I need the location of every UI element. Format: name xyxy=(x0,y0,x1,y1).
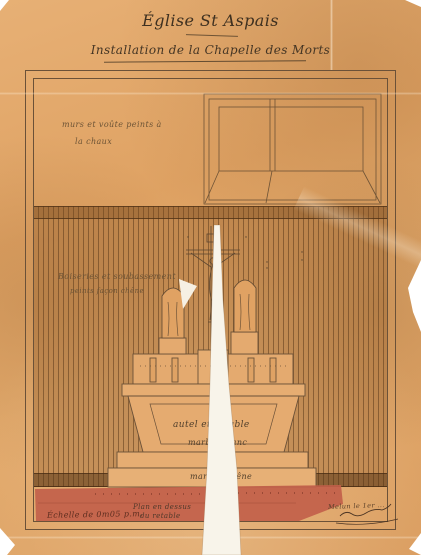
top-left-corner-gap xyxy=(0,0,9,11)
scanned-architectural-drawing: Église St Aspais Installation de la Chap… xyxy=(0,0,421,555)
top-right-corner-gap xyxy=(405,0,421,7)
small-tear-wedge xyxy=(179,279,197,309)
central-paper-tear xyxy=(202,225,241,555)
paper-damage-layer xyxy=(0,0,421,555)
right-edge-notch xyxy=(408,260,421,332)
bottom-right-corner-gap xyxy=(409,533,421,555)
bottom-left-corner-gap xyxy=(0,528,15,555)
